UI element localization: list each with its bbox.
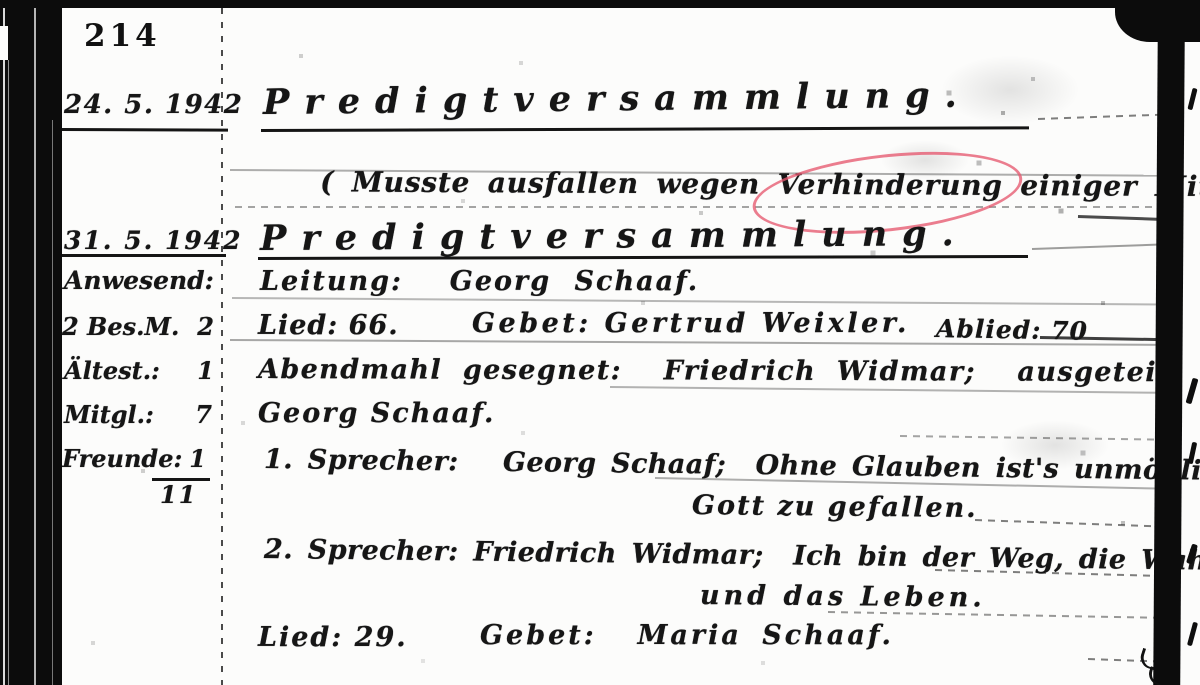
line-gebet2: Gebet: Maria Schaaf. bbox=[480, 620, 894, 651]
attendance-row: 2 Bes.M. 2 bbox=[62, 312, 214, 341]
attendance-row: Mitgl.: 7 bbox=[64, 400, 212, 429]
scan-border-streak bbox=[3, 0, 5, 685]
scan-border-streak bbox=[8, 60, 9, 685]
line-leitung: Leitung: Georg Schaaf. bbox=[260, 266, 699, 297]
note-circled-word: Verhinderung bbox=[778, 168, 1003, 202]
attendance-heading: Anwesend: bbox=[64, 266, 214, 295]
attendance-value: 1 bbox=[197, 356, 214, 385]
attendance-label: 2 Bes.M. bbox=[62, 312, 179, 341]
entry1-date: 24. 5. 1942 bbox=[64, 90, 243, 120]
line-gebet1: Gebet: Gertrud Weixler. bbox=[472, 308, 910, 339]
line-ablied: Ablied: 70 bbox=[936, 314, 1088, 346]
scan-border-top bbox=[0, 0, 1200, 8]
ruled-line bbox=[232, 297, 1162, 305]
page-edge-mark bbox=[1186, 378, 1199, 405]
attendance-value: 1 bbox=[189, 444, 206, 473]
page-number: 214 bbox=[84, 18, 161, 54]
scan-border-notch bbox=[0, 26, 8, 60]
date-underline bbox=[62, 128, 228, 132]
ruled-line bbox=[1032, 244, 1160, 250]
line-lied2: Lied: 29. bbox=[258, 622, 408, 653]
attendance-label: Freunde: bbox=[62, 444, 182, 473]
page-edge-mark bbox=[1187, 622, 1198, 646]
line-sprecher2: 2. Sprecher: Friedrich Widmar; Ich bin d… bbox=[264, 534, 1200, 577]
attendance-total: 11 bbox=[160, 480, 197, 509]
attendance-row: Freunde: 1 bbox=[62, 444, 206, 473]
title-underline bbox=[261, 126, 1029, 131]
line-sprecher1-cont: Gott zu gefallen. bbox=[692, 490, 978, 524]
entry1-title: Predigtversammlung. bbox=[263, 75, 972, 123]
scanned-register-page: 214 24. 5. 1942 Predigtversammlung. ( Mu… bbox=[0, 0, 1200, 685]
attendance-row: Ältest.: 1 bbox=[64, 356, 214, 385]
line-abendmahl-1: Abendmahl gesegnet: Friedrich Widmar; au… bbox=[258, 354, 1183, 388]
entry2-title: Predigtversammlung. bbox=[260, 213, 969, 259]
attendance-label: Mitgl.: bbox=[64, 400, 154, 429]
scan-border-streak bbox=[34, 0, 36, 685]
line-abendmahl-2: Georg Schaaf. bbox=[258, 398, 495, 429]
page-edge-mark bbox=[1187, 88, 1197, 111]
attendance-value: 2 bbox=[197, 312, 214, 341]
scan-border-streak bbox=[52, 120, 53, 685]
attendance-label: Ältest.: bbox=[64, 356, 160, 385]
note-prefix: ( Musste ausfallen wegen bbox=[320, 165, 778, 200]
line-sprecher2-cont: und das Leben. bbox=[700, 580, 986, 613]
scan-border-right bbox=[1153, 0, 1185, 685]
ruled-line bbox=[975, 519, 1163, 528]
line-lied1: Lied: 66. bbox=[258, 310, 399, 341]
entry2-date: 31. 5. 1942 bbox=[64, 226, 243, 255]
attendance-value: 7 bbox=[195, 400, 212, 429]
